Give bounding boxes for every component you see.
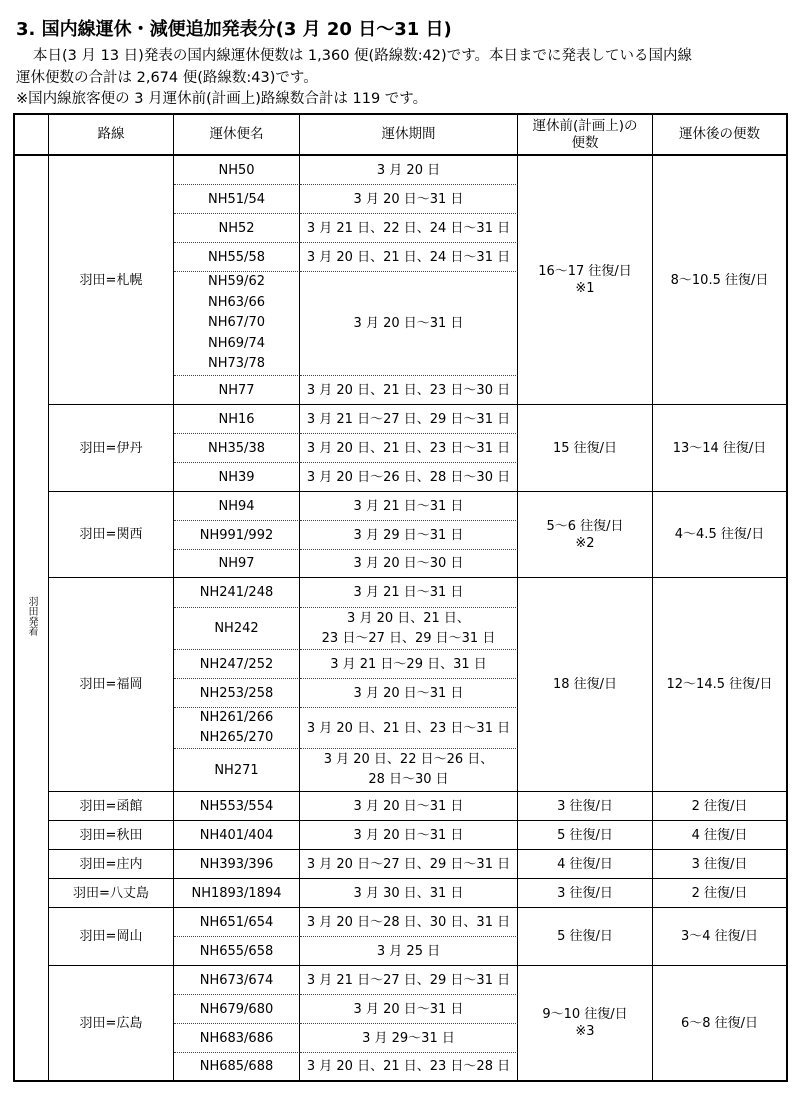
flight-number: NH401/404 <box>174 827 299 844</box>
period-text: 3 月 20 日、21 日、 <box>300 609 517 629</box>
period-text: 3 月 20 日～26 日、28 日～30 日 <box>300 469 517 486</box>
flight-cell: NH683/686 <box>174 1024 300 1053</box>
period-cell: 3 月 21 日～27 日、29 日～31 日 <box>300 405 518 434</box>
flight-number: NH77 <box>174 382 299 399</box>
period-cell: 3 月 20 日～27 日、29 日～31 日 <box>300 850 518 879</box>
after-count: 12～14.5 往復/日 <box>667 677 773 692</box>
flight-cell: NH241/248 <box>174 578 300 608</box>
flight-number: NH271 <box>174 762 299 779</box>
table-row: 羽田=秋田 NH401/404 3 月 20 日～31 日 5 往復/日 4 往… <box>15 821 788 850</box>
route-cell: 羽田=福岡 <box>49 578 174 792</box>
period-text: 3 月 20 日、22 日～26 日、 <box>300 750 517 770</box>
flight-number: NH73/78 <box>174 354 299 375</box>
flight-cell: NH51/54 <box>174 185 300 214</box>
flight-number: NH69/74 <box>174 334 299 355</box>
period-text: 3 月 20 日～31 日 <box>300 1001 517 1018</box>
after-count: 13～14 往復/日 <box>673 441 767 456</box>
flight-number: NH655/658 <box>174 943 299 960</box>
period-text: 3 月 20 日～28 日、30 日、31 日 <box>300 914 517 931</box>
period-cell: 3 月 20 日～31 日 <box>300 679 518 708</box>
flight-cell: NH991/992 <box>174 521 300 550</box>
before-count: 4 往復/日 <box>518 856 652 873</box>
route-name: 羽田=福岡 <box>80 677 143 692</box>
before-count: 15 往復/日 <box>518 440 652 457</box>
flight-cell: NH685/688 <box>174 1053 300 1082</box>
flight-number: NH651/654 <box>174 914 299 931</box>
before-cell: 9～10 往復/日 ※3 <box>518 966 653 1082</box>
period-text: 3 月 20 日、21 日、23 日～30 日 <box>300 382 517 399</box>
flight-number: NH39 <box>174 469 299 486</box>
after-cell: 4 往復/日 <box>653 821 788 850</box>
period-text: 3 月 20 日～31 日 <box>300 191 517 208</box>
flight-cell: NH94 <box>174 492 300 521</box>
section-title: 3. 国内線運休・減便追加発表分(3 月 20 日～31 日) <box>16 19 452 41</box>
flight-number: NH393/396 <box>174 856 299 873</box>
route-cell: 羽田=庄内 <box>49 850 174 879</box>
route-cell: 羽田=八丈島 <box>49 879 174 908</box>
flight-number: NH673/674 <box>174 972 299 989</box>
before-count: 3 往復/日 <box>518 798 652 815</box>
flight-cell: NH59/62 NH63/66 NH67/70 NH69/74 NH73/78 <box>174 272 300 376</box>
after-cell: 12～14.5 往復/日 <box>653 578 788 792</box>
before-cell: 3 往復/日 <box>518 879 653 908</box>
flight-cell: NH651/654 <box>174 908 300 937</box>
period-text: 3 月 21 日～31 日 <box>300 498 517 515</box>
flight-cell: NH97 <box>174 550 300 578</box>
period-text: 3 月 20 日、21 日、23 日～28 日 <box>300 1058 517 1075</box>
flight-cell: NH35/38 <box>174 434 300 463</box>
route-name: 羽田=岡山 <box>80 929 143 944</box>
before-note: ※1 <box>518 280 652 297</box>
flight-number: NH679/680 <box>174 1001 299 1018</box>
after-count: 3 往復/日 <box>692 857 748 872</box>
period-cell: 3 月 20 日～31 日 <box>300 821 518 850</box>
before-count: 9～10 往復/日 <box>518 1006 652 1023</box>
after-count: 4 往復/日 <box>692 828 748 843</box>
route-cell: 羽田=札幌 <box>49 156 174 405</box>
header-period: 運休期間 <box>300 115 518 156</box>
period-cell: 3 月 20 日～30 日 <box>300 550 518 578</box>
summary-line-1: 本日(3 月 13 日)発表の国内線運休便数は 1,360 便(路線数:42)で… <box>16 46 791 68</box>
period-cell: 3 月 21 日～31 日 <box>300 578 518 608</box>
before-cell: 16～17 往復/日 ※1 <box>518 156 653 405</box>
flight-cell: NH673/674 <box>174 966 300 995</box>
before-count: 5～6 往復/日 <box>518 518 652 535</box>
period-cell: 3 月 30 日、31 日 <box>300 879 518 908</box>
flight-cell: NH55/58 <box>174 243 300 272</box>
flight-cell: NH77 <box>174 376 300 405</box>
group-cell: 羽田発着 <box>15 156 49 1082</box>
flight-number: NH685/688 <box>174 1058 299 1075</box>
table-row: 羽田=函館 NH553/554 3 月 20 日～31 日 3 往復/日 2 往… <box>15 792 788 821</box>
header-before-line-1: 運休前(計画上)の <box>518 118 652 135</box>
period-text: 3 月 20 日、21 日、23 日～31 日 <box>300 440 517 457</box>
table-row: 羽田=福岡 NH241/248 3 月 21 日～31 日 18 往復/日 12… <box>15 578 788 608</box>
table-row: 羽田=岡山 NH651/654 3 月 20 日～28 日、30 日、31 日 … <box>15 908 788 937</box>
header-before: 運休前(計画上)の 便数 <box>518 115 653 156</box>
flight-cell: NH401/404 <box>174 821 300 850</box>
flight-cell: NH253/258 <box>174 679 300 708</box>
before-cell: 5～6 往復/日 ※2 <box>518 492 653 578</box>
period-cell: 3 月 20 日、21 日、23 日～28 日 <box>300 1053 518 1082</box>
header-route: 路線 <box>49 115 174 156</box>
after-cell: 2 往復/日 <box>653 792 788 821</box>
after-cell: 3～4 往復/日 <box>653 908 788 966</box>
after-cell: 6～8 往復/日 <box>653 966 788 1082</box>
flight-number: NH63/66 <box>174 293 299 314</box>
period-cell: 3 月 20 日～31 日 <box>300 272 518 376</box>
period-text: 3 月 20 日～31 日 <box>300 315 517 332</box>
flight-cell: NH50 <box>174 156 300 185</box>
period-cell: 3 月 20 日、21 日、23 日～31 日 <box>300 708 518 749</box>
period-cell: 3 月 20 日 <box>300 156 518 185</box>
route-name: 羽田=庄内 <box>80 857 143 872</box>
period-text: 28 日～30 日 <box>300 770 517 790</box>
after-count: 6～8 往復/日 <box>681 1016 758 1031</box>
period-cell: 3 月 20 日、21 日、23 日～31 日 <box>300 434 518 463</box>
period-cell: 3 月 20 日、21 日、 23 日～27 日、29 日～31 日 <box>300 608 518 650</box>
flight-number: NH67/70 <box>174 313 299 334</box>
header-before-line-2: 便数 <box>518 135 652 152</box>
flight-number: NH35/38 <box>174 440 299 457</box>
summary-note-line: ※国内線旅客便の 3 月運休前(計画上)路線数合計は 119 です。 <box>16 89 791 111</box>
after-cell: 13～14 往復/日 <box>653 405 788 492</box>
before-cell: 4 往復/日 <box>518 850 653 879</box>
group-label: 羽田発着 <box>26 596 37 636</box>
flight-number: NH51/54 <box>174 191 299 208</box>
flight-number: NH241/248 <box>174 584 299 601</box>
period-text: 3 月 30 日、31 日 <box>300 885 517 902</box>
table-row: 羽田=関西 NH94 3 月 21 日～31 日 5～6 往復/日 ※2 4～4… <box>15 492 788 521</box>
before-count: 3 往復/日 <box>518 885 652 902</box>
before-cell: 15 往復/日 <box>518 405 653 492</box>
flight-cell: NH553/554 <box>174 792 300 821</box>
table-row: 羽田=伊丹 NH16 3 月 21 日～27 日、29 日～31 日 15 往復… <box>15 405 788 434</box>
flight-cell: NH16 <box>174 405 300 434</box>
flight-cell: NH52 <box>174 214 300 243</box>
flight-number: NH242 <box>174 620 299 637</box>
period-cell: 3 月 20 日、21 日、23 日～30 日 <box>300 376 518 405</box>
after-cell: 3 往復/日 <box>653 850 788 879</box>
after-count: 2 往復/日 <box>692 799 748 814</box>
period-text: 3 月 21 日、22 日、24 日～31 日 <box>300 220 517 237</box>
period-text: 23 日～27 日、29 日～31 日 <box>300 629 517 649</box>
route-name: 羽田=伊丹 <box>80 441 143 456</box>
flight-number: NH97 <box>174 555 299 572</box>
flight-cell: NH393/396 <box>174 850 300 879</box>
flight-cell: NH242 <box>174 608 300 650</box>
period-text: 3 月 21 日～27 日、29 日～31 日 <box>300 411 517 428</box>
header-group <box>15 115 49 156</box>
route-cell: 羽田=岡山 <box>49 908 174 966</box>
period-text: 3 月 21 日～31 日 <box>300 584 517 601</box>
after-cell: 4～4.5 往復/日 <box>653 492 788 578</box>
period-text: 3 月 20 日～31 日 <box>300 798 517 815</box>
flight-cell: NH679/680 <box>174 995 300 1024</box>
before-cell: 5 往復/日 <box>518 908 653 966</box>
table-row: 羽田=八丈島 NH1893/1894 3 月 30 日、31 日 3 往復/日 … <box>15 879 788 908</box>
after-cell: 8～10.5 往復/日 <box>653 156 788 405</box>
period-cell: 3 月 21 日～31 日 <box>300 492 518 521</box>
summary-paragraph: 本日(3 月 13 日)発表の国内線運休便数は 1,360 便(路線数:42)で… <box>16 46 791 111</box>
period-cell: 3 月 21 日～27 日、29 日～31 日 <box>300 966 518 995</box>
flight-number: NH553/554 <box>174 798 299 815</box>
period-cell: 3 月 20 日～31 日 <box>300 995 518 1024</box>
flight-number: NH265/270 <box>174 728 299 748</box>
period-text: 3 月 29～31 日 <box>300 1030 517 1047</box>
table-row: 羽田発着 羽田=札幌 NH50 3 月 20 日 16～17 往復/日 ※1 8… <box>15 156 788 185</box>
flight-number: NH50 <box>174 162 299 179</box>
period-text: 3 月 29 日～31 日 <box>300 527 517 544</box>
period-cell: 3 月 20 日、21 日、24 日～31 日 <box>300 243 518 272</box>
flight-number: NH1893/1894 <box>174 885 299 902</box>
header-after: 運休後の便数 <box>653 115 788 156</box>
flight-number: NH52 <box>174 220 299 237</box>
table-header-row: 路線 運休便名 運休期間 運休前(計画上)の 便数 運休後の便数 <box>15 115 788 156</box>
table-row: 羽田=庄内 NH393/396 3 月 20 日～27 日、29 日～31 日 … <box>15 850 788 879</box>
summary-line-2: 運休便数の合計は 2,674 便(路線数:43)です。 <box>16 68 791 90</box>
period-text: 3 月 21 日～27 日、29 日～31 日 <box>300 972 517 989</box>
flight-number: NH991/992 <box>174 527 299 544</box>
after-count: 2 往復/日 <box>692 886 748 901</box>
suspension-table-wrapper: 路線 運休便名 運休期間 運休前(計画上)の 便数 運休後の便数 羽田発着 羽田… <box>13 113 788 1082</box>
suspension-table: 路線 運休便名 運休期間 運休前(計画上)の 便数 運休後の便数 羽田発着 羽田… <box>13 113 788 1082</box>
route-name: 羽田=札幌 <box>80 273 143 288</box>
before-count: 5 往復/日 <box>518 827 652 844</box>
flight-cell: NH655/658 <box>174 937 300 966</box>
flight-number: NH261/266 <box>174 708 299 728</box>
period-cell: 3 月 20 日～26 日、28 日～30 日 <box>300 463 518 492</box>
route-cell: 羽田=広島 <box>49 966 174 1082</box>
flight-number: NH94 <box>174 498 299 515</box>
period-text: 3 月 20 日、21 日、23 日～31 日 <box>300 720 517 737</box>
period-cell: 3 月 25 日 <box>300 937 518 966</box>
period-cell: 3 月 20 日～31 日 <box>300 185 518 214</box>
route-cell: 羽田=伊丹 <box>49 405 174 492</box>
route-name: 羽田=八丈島 <box>73 886 149 901</box>
after-count: 3～4 往復/日 <box>681 929 758 944</box>
flight-number: NH59/62 <box>174 272 299 293</box>
flight-number: NH247/252 <box>174 656 299 673</box>
flight-number: NH55/58 <box>174 249 299 266</box>
route-name: 羽田=関西 <box>80 527 143 542</box>
period-cell: 3 月 29 日～31 日 <box>300 521 518 550</box>
after-cell: 2 往復/日 <box>653 879 788 908</box>
route-cell: 羽田=関西 <box>49 492 174 578</box>
period-cell: 3 月 21 日～29 日、31 日 <box>300 650 518 679</box>
before-note: ※2 <box>518 535 652 552</box>
table-row: 羽田=広島 NH673/674 3 月 21 日～27 日、29 日～31 日 … <box>15 966 788 995</box>
period-text: 3 月 20 日～27 日、29 日～31 日 <box>300 856 517 873</box>
period-text: 3 月 20 日～31 日 <box>300 685 517 702</box>
period-text: 3 月 20 日、21 日、24 日～31 日 <box>300 249 517 266</box>
flight-cell: NH39 <box>174 463 300 492</box>
before-count: 18 往復/日 <box>518 676 652 693</box>
flight-number: NH683/686 <box>174 1030 299 1047</box>
flight-cell: NH247/252 <box>174 650 300 679</box>
route-name: 羽田=広島 <box>80 1016 143 1031</box>
period-cell: 3 月 21 日、22 日、24 日～31 日 <box>300 214 518 243</box>
before-count: 16～17 往復/日 <box>518 263 652 280</box>
period-text: 3 月 20 日～30 日 <box>300 555 517 572</box>
flight-number: NH16 <box>174 411 299 428</box>
route-name: 羽田=秋田 <box>80 828 143 843</box>
after-count: 8～10.5 往復/日 <box>671 273 769 288</box>
before-cell: 5 往復/日 <box>518 821 653 850</box>
period-text: 3 月 25 日 <box>300 943 517 960</box>
before-note: ※3 <box>518 1023 652 1040</box>
before-count: 5 往復/日 <box>518 928 652 945</box>
flight-cell: NH1893/1894 <box>174 879 300 908</box>
before-cell: 18 往復/日 <box>518 578 653 792</box>
header-flight: 運休便名 <box>174 115 300 156</box>
route-cell: 羽田=秋田 <box>49 821 174 850</box>
flight-number: NH253/258 <box>174 685 299 702</box>
flight-cell: NH271 <box>174 749 300 792</box>
route-cell: 羽田=函館 <box>49 792 174 821</box>
period-cell: 3 月 20 日～31 日 <box>300 792 518 821</box>
period-text: 3 月 21 日～29 日、31 日 <box>300 656 517 673</box>
route-name: 羽田=函館 <box>80 799 143 814</box>
period-text: 3 月 20 日 <box>300 162 517 179</box>
period-text: 3 月 20 日～31 日 <box>300 827 517 844</box>
period-cell: 3 月 29～31 日 <box>300 1024 518 1053</box>
after-count: 4～4.5 往復/日 <box>675 527 764 542</box>
before-cell: 3 往復/日 <box>518 792 653 821</box>
flight-cell: NH261/266 NH265/270 <box>174 708 300 749</box>
period-cell: 3 月 20 日～28 日、30 日、31 日 <box>300 908 518 937</box>
period-cell: 3 月 20 日、22 日～26 日、 28 日～30 日 <box>300 749 518 792</box>
